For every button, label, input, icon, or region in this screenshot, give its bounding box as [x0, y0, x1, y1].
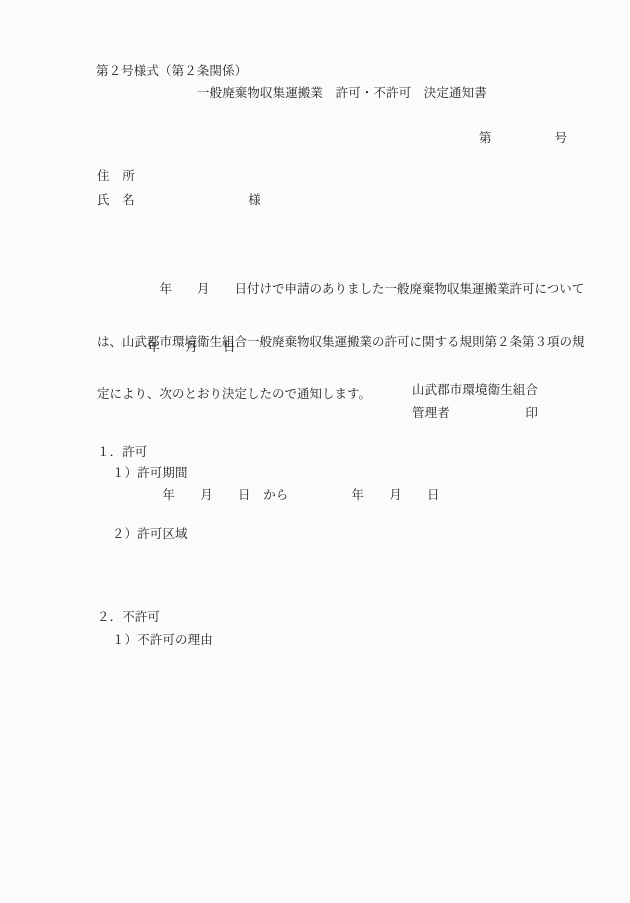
- section-permit-heading: １．許可: [97, 445, 147, 461]
- document-page: 第２号様式（第２条関係） 一般廃棄物収集運搬業 許可・不許可 決定通知書 第 号…: [0, 0, 630, 903]
- permit-period-dates: 年 月 日 から 年 月 日: [112, 488, 440, 504]
- document-title: 一般廃棄物収集運搬業 許可・不許可 決定通知書: [197, 86, 487, 102]
- decision-date-line: 年 月 日: [97, 340, 236, 356]
- permit-period-label: １）許可期間: [112, 466, 188, 482]
- denial-reason-label: １）不許可の理由: [112, 633, 213, 649]
- form-number: 第２号様式（第２条関係）: [96, 64, 247, 80]
- issue-number-line: 第 号: [479, 131, 567, 147]
- addressee-address-line: 住 所: [97, 169, 135, 185]
- issuer-organization: 山武郡市環境衛生組合: [412, 383, 538, 399]
- body-line: 年 月 日付けで申請のありました一般廃棄物収集運搬業許可について: [97, 278, 577, 301]
- addressee-name-line: 氏 名 様: [97, 193, 261, 209]
- section-denial-heading: ２．不許可: [97, 610, 160, 626]
- issuer-manager-seal-line: 管理者 印: [412, 406, 538, 422]
- permit-area-label: ２）許可区域: [112, 527, 188, 543]
